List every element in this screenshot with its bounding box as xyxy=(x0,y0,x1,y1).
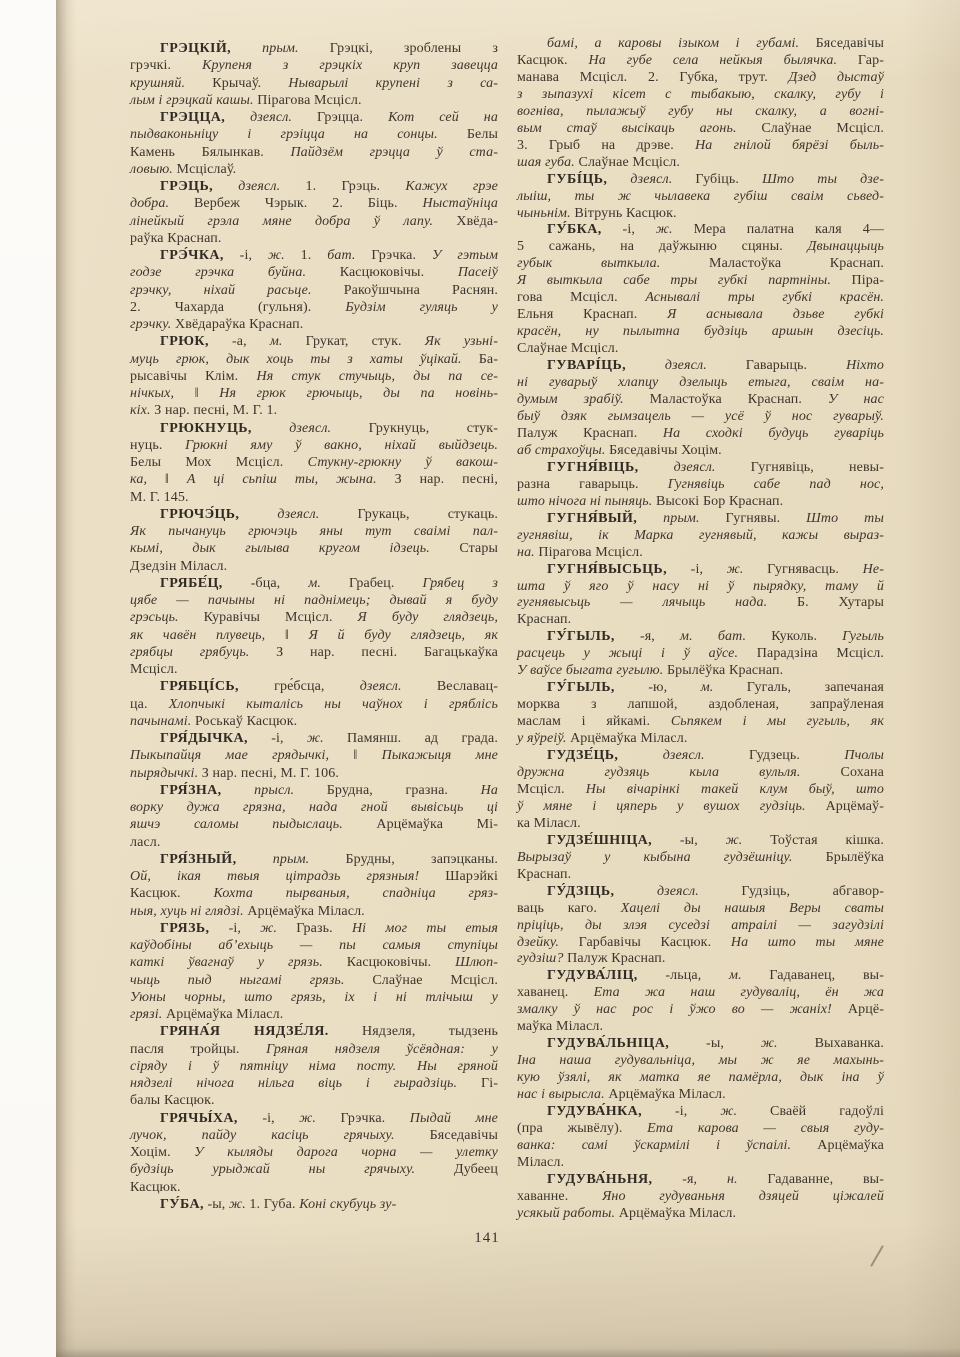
text-line: Краснап. xyxy=(517,867,884,884)
text-line: гугнявіш, ік Марка гугнявый, кажы выраз- xyxy=(517,528,884,545)
dictionary-entry: ГРЯ́ЗНА, прысл. Брудна, гразна. Наворку … xyxy=(130,782,498,851)
text-line: пыдваконьніцу і грэіцца на сонцы. Белы xyxy=(130,126,498,143)
text-line: аб страхоўцы. Бяседавічы Хоцім. xyxy=(517,443,884,460)
example-text: Пчолы xyxy=(844,748,884,763)
text-line: ГУ́БА, -ы, ж. 1. Губа. Коні скубуць зу- xyxy=(130,1196,498,1213)
text-line: ГРЭЦЬ, дзеясл. 1. Грэць. Кажух грэе xyxy=(130,178,498,195)
headword: ГУБІ́ЦЬ, xyxy=(547,172,607,187)
headword: ГУДЗЕ́ШНІЦА, xyxy=(547,833,652,848)
text-line: каткі ўвагнаў у грязь. Касцюковічы. Шлюп… xyxy=(130,954,498,971)
example-text: Стукну-грюкну ў вакош- xyxy=(308,455,498,470)
example-text: губык выткыла. xyxy=(517,256,660,271)
text-line: з зыпазухі кісет с тыбакыю, скалку, губу… xyxy=(517,87,884,104)
example-text: Што ты xyxy=(806,511,884,526)
example-text: ныя, хуць ні глядзі. xyxy=(130,904,244,919)
dictionary-entry: ГУВАРІ́ЦЬ, дзеясл. Гаварыць. Ніхтоні гув… xyxy=(517,358,884,460)
text-line: 2. Чахарда (гульня). Будзім гуляць у xyxy=(130,299,498,316)
text-line: кіх. З нар. песні, М. Г. 1. xyxy=(130,402,498,419)
headword: ГРЮК, xyxy=(160,334,209,349)
text-line: ГРЭ́ЧКА, -і, ж. 1. бат. Грэчка. У гэтым xyxy=(130,247,498,264)
text-line: хаванне. Яно гудуваньня дзяцей ціжалей xyxy=(517,1189,884,1206)
example-text: ванка: самі ўскармілі і ўспаілі. xyxy=(517,1138,791,1153)
example-text: бамі, а каровы ізыком і губамі. xyxy=(547,36,799,51)
headword: ГРЯЧЫ́ХА, xyxy=(160,1111,238,1126)
text-line: Ой, ікая твыя цітрадзь грязныя! Шарэйкі xyxy=(130,868,498,885)
headword: ГРЯ́ЗНА, xyxy=(160,783,222,798)
dictionary-entry: ГУ́ГЫЛЬ, -ю, м. Гугаль, запечанаяморква … xyxy=(517,680,884,748)
example-text: прым. xyxy=(663,511,700,526)
example-text: сіряду і ў пятніцу німа посту. Ны гряной xyxy=(130,1059,498,1074)
dictionary-entry: ГУДУВА́НКА, -і, ж. Сваёй гадоўлі(пра жыв… xyxy=(517,1104,884,1172)
example-text: Крупеня з грэцкіх круп завецца xyxy=(202,58,498,73)
text-line: ГУДУВА́НЬНЯ, -я, н. Гадаванне, вы- xyxy=(517,1172,884,1189)
text-line: ласл. xyxy=(130,834,498,851)
example-text: Ня стук стучыць, ды па се- xyxy=(256,369,498,384)
text-line: ГУДЗЕ́ШНІЦА, -ы, ж. Тоўстая кішка. xyxy=(517,833,884,850)
text-line: ца. Хлопчыкі кыталісь ны чаўнох і гряблі… xyxy=(130,696,498,713)
example-text: На xyxy=(481,783,498,798)
text-line: кымі, дык гылыва кругом ідзець. Стары xyxy=(130,540,498,557)
text-line: расцець у жыці і ў аўсе. Парадзіна Мсціс… xyxy=(517,646,884,663)
dictionary-entry: ГРЯЗЬ, -і, ж. Гразь. Ні мог ты етыякаўдо… xyxy=(130,920,498,1024)
example-text: вогніва, пылажыў губу ны скалку, а вогні… xyxy=(517,104,884,119)
example-text: Гугыль xyxy=(842,629,884,644)
text-line: нас і вырысла. Арцёмаўка Міласл. xyxy=(517,1087,884,1104)
text-line: Міласл. xyxy=(517,1155,884,1172)
example-text: ў мяне і цяперь у вушох гудзіць. xyxy=(517,799,806,814)
example-text: Шлюп- xyxy=(455,955,498,970)
example-text: чыньнім. xyxy=(517,206,571,221)
example-text: Ета карова — свыя гуду- xyxy=(647,1121,884,1136)
text-line: ГУГНЯ́ВЫСЬЦЬ, -і, ж. Гугнявасць. Не- xyxy=(517,562,884,579)
text-line: Вырызаў у кыбына гудзёшніцу. Брылёўка xyxy=(517,850,884,867)
text-line: ГРЮКНУЦЬ, дзеясл. Грукнуць, стук- xyxy=(130,420,498,437)
headword: ГУДУВА́ЛІЦ, xyxy=(547,968,638,983)
text-line: Палуж Краснап. На сходкі будуць гуваріць xyxy=(517,426,884,443)
text-line: годзе грэчка буйна. Касцюковічы. Пасеіў xyxy=(130,264,498,281)
example-text: Што ты дзе- xyxy=(762,172,884,187)
headword: ГУГНЯ́ВІЦЬ, xyxy=(547,460,639,475)
example-text: што нічога ні пыняць. xyxy=(517,494,652,509)
dictionary-entry: ГРЯ́ДЫЧКА, -і, ж. Памянш. ад града.Пыкып… xyxy=(130,730,498,782)
example-text: цябе — пачыны ні паднімець; дывай я буду xyxy=(130,593,498,608)
text-line: ГУДУВА́ЛІЦ, -льца, м. Гадаванец, вы- xyxy=(517,968,884,985)
text-line: ГРЭЦЦА, дзеясл. Грэцца. Кот сей на xyxy=(130,109,498,126)
headword: ГУ́БА, xyxy=(160,1197,204,1212)
text-line: пачынамі. Роськаў Касцюк. xyxy=(130,713,498,730)
text-line: гудзіш? Палуж Краснап. xyxy=(517,951,884,968)
example-text: грязі. xyxy=(130,1007,162,1022)
dictionary-entry: ГУГНЯ́ВЫЙ, прым. Гугнявы. Што тыгугнявіш… xyxy=(517,511,884,562)
example-text: ж. xyxy=(727,562,744,577)
text-line: Краснап. xyxy=(517,612,884,629)
example-text: ворку дужа грязна, нада гной вывісьць ці xyxy=(130,800,498,815)
text-line: 3. Грыб на дрэве. На гнілой бярёзі быль- xyxy=(517,138,884,155)
example-text: На гнілой бярёзі быль- xyxy=(695,138,884,153)
example-text: дружна гудзяць кыла вульля. xyxy=(517,765,801,780)
example-text: шая губа. xyxy=(517,155,575,170)
text-line: у яўреіў. Арцёмаўка Міласл. xyxy=(517,731,884,748)
text-line: чыньнім. Вітрунь Касцюк. xyxy=(517,206,884,223)
text-line: раўка Краснап. xyxy=(130,230,498,247)
example-text: гугнявіш, ік Марка гугнявый, кажы выраз- xyxy=(517,528,884,543)
example-text: добра. xyxy=(130,196,169,211)
bottom-edge-shadow xyxy=(56,1348,960,1357)
headword: ГРЮКНУЦЬ, xyxy=(160,421,252,436)
dictionary-entry: ГРЮЧЭ́ЦЬ, дзеясл. Грукаць, стукаць.Як пы… xyxy=(130,506,498,575)
dictionary-entry: ГРЭЦЦА, дзеясл. Грэцца. Кот сей напыдвак… xyxy=(130,109,498,178)
example-text: на. xyxy=(517,545,535,560)
text-line: змалку ў нас рос і ўжо во — жаніх! Арцё- xyxy=(517,1002,884,1019)
dictionary-entry: ГУГНЯ́ВЫСЬЦЬ, -і, ж. Гугнявасць. Не-шта … xyxy=(517,562,884,630)
text-line: ГУ́ГЫЛЬ, -ю, м. Гугаль, запечаная xyxy=(517,680,884,697)
example-text: Ныстаўніца xyxy=(422,196,498,211)
text-line: лучок, пайду касіць грячыху. Бяседавічы xyxy=(130,1127,498,1144)
example-text: Ніхто xyxy=(846,358,884,373)
headword: ГУДУВА́НКА, xyxy=(547,1104,642,1119)
text-line: добра. Вербеж Чэрык. 2. Біць. Ныстаўніца xyxy=(130,195,498,212)
dictionary-entry: ГУ́ДЗІЦЬ, дзеясл. Гудзіць, абгавор-ваць … xyxy=(517,884,884,969)
text-line: маўка Міласл. xyxy=(517,1019,884,1036)
text-line: ГУДЗЕ́ЦЬ, дзеясл. Гудзець. Пчолы xyxy=(517,748,884,765)
dictionary-entry: ГРЭЦКІЙ, прым. Грэцкі, зроблены згрэчкі.… xyxy=(130,40,498,109)
example-text: ж. xyxy=(260,921,277,936)
example-text: Пайдзём грэцца ў ста- xyxy=(290,145,498,160)
example-text: Пасеіў xyxy=(458,265,498,280)
text-line: Я выткыла сабе тры губкі партніны. Піра- xyxy=(517,273,884,290)
text-line: як чавён плувець, ‖ Я й буду глядзець, я… xyxy=(130,627,498,644)
dictionary-entry: ГУ́БКА, -і, ж. Мера палатна каля 4—5 саж… xyxy=(517,222,884,358)
example-text: Хлопчыкі кыталісь ны чаўнох і гряблісь xyxy=(169,697,498,712)
example-text: Грюкні яму ў вакно, ніхай выйдзець. xyxy=(185,438,498,453)
text-line: вым стаў высікаць агонь. Слаўнае Мсцісл. xyxy=(517,121,884,138)
example-text: шта ў яго ў насу ні ў пырядку, таму й xyxy=(517,579,884,594)
text-line: лінейкый грэла мяне добра ў лапу. Хвёда- xyxy=(130,213,498,230)
text-line: яшчэ саломы пыдыслаць. Арцёмаўка Мі- xyxy=(130,816,498,833)
text-line: ка, ‖ А ці сьпіш ты, жына. З нар. песні, xyxy=(130,471,498,488)
example-text: ж. xyxy=(229,1197,246,1212)
text-line: ГРЯБЦІ́СЬ, гре́бсца, дзеясл. Веславац- xyxy=(130,678,498,695)
example-text: Ні мог ты етыя xyxy=(352,921,498,936)
text-line: грэчку. Хвёдараўка Краснап. xyxy=(130,316,498,333)
text-line: Хоцім. У кыляды дарога чорна — улетку xyxy=(130,1144,498,1161)
example-text: бат. xyxy=(327,248,355,263)
example-text: каткі ўвагнаў у грязь. xyxy=(130,955,323,970)
text-line: цябе — пачыны ні паднімець; дывай я буду xyxy=(130,592,498,609)
text-line: красён, ну пылытна будзіць аршын дзесіць… xyxy=(517,324,884,341)
text-line: разна гаварыць. Гугнявіць сабе пад нос, xyxy=(517,477,884,494)
text-line: усякый работы. Арцёмаўка Міласл. xyxy=(517,1206,884,1223)
dictionary-entry: ГРЮКНУЦЬ, дзеясл. Грукнуць, стук-нуць. Г… xyxy=(130,420,498,506)
example-text: Сьпякем і мы гугыль, як xyxy=(671,714,884,729)
example-text: гудзіш? xyxy=(517,951,563,966)
text-line: маслам і яйкамі. Сьпякем і мы гугыль, як xyxy=(517,714,884,731)
headword: ГУ́ГЫЛЬ, xyxy=(547,680,615,695)
text-line: ваць каго. Хацелі ды нашыя Веры сваты xyxy=(517,901,884,918)
example-text: нядзелі нічога нільга віць і гырадзіць. xyxy=(130,1076,457,1091)
example-text: думым зрабіў. xyxy=(517,392,624,407)
example-text: ні гуварыў хлапцу дзелыць етыга, сваім н… xyxy=(517,375,884,390)
example-text: кую ўзялі, як матка яе памёрла, дык іна … xyxy=(517,1070,884,1085)
example-text: Дзед дыстаў xyxy=(789,70,884,85)
example-text: Іна наша гудувальніца, мы ж яе махынь- xyxy=(517,1053,884,1068)
text-line: нуць. Грюкні яму ў вакно, ніхай выйдзець… xyxy=(130,437,498,454)
example-text: м. бат. xyxy=(680,629,746,644)
example-text: прым. xyxy=(262,41,299,56)
headword: ГУ́БКА, xyxy=(547,222,602,237)
text-line: што нічога ні пыняць. Высокі Бор Краснап… xyxy=(517,494,884,511)
example-text: На сходкі будуць гуваріць xyxy=(663,426,884,441)
text-line: дзейку. Гарбавічы Касцюк. На што ты мяне xyxy=(517,935,884,952)
page-number: 141 xyxy=(457,1230,517,1247)
example-text: дзеясл. xyxy=(360,679,402,694)
dictionary-entry: ГУ́БА, -ы, ж. 1. Губа. Коні скубуць зу- xyxy=(130,1196,498,1213)
text-line: губык выткыла. Маластоўка Краснап. xyxy=(517,256,884,273)
headword: ГРЮЧЭ́ЦЬ, xyxy=(160,507,239,522)
example-text: годзе грэчка буйна. xyxy=(130,265,306,280)
text-line: пасля тройцы. Гряная нядзеля ўсёядная: у xyxy=(130,1041,498,1058)
example-text: яшчэ саломы пыдыслаць. xyxy=(130,817,343,832)
text-line: грязі. Арцёмаўка Міласл. xyxy=(130,1006,498,1023)
dictionary-entry: ГУДУВА́ЛЬНІЦА, -ы, ж. Выхаванка.Іна наша… xyxy=(517,1036,884,1104)
text-line: каўдобіны аб’ехыць — пы самыя ступіцы xyxy=(130,937,498,954)
text-line: сіряду і ў пятніцу німа посту. Ны гряной xyxy=(130,1058,498,1075)
example-text: Будзім гуляць у xyxy=(345,300,498,315)
dictionary-entry: ГУ́ГЫЛЬ, -я, м. бат. Куколь. Гугыльрасце… xyxy=(517,629,884,680)
dictionary-entry: бамі, а каровы ізыком і губамі. Бяседаві… xyxy=(517,36,884,172)
example-text: дзеясл. xyxy=(665,358,707,373)
text-line: Касцюк. xyxy=(130,1179,498,1196)
text-line: хаванец. Ета жа наш гудуваліц, ён жа xyxy=(517,985,884,1002)
text-line: балы Касцюк. xyxy=(130,1092,498,1109)
dictionary-entry: ГУДЗЕ́ЦЬ, дзеясл. Гудзець. Пчолыдружна г… xyxy=(517,748,884,833)
example-text: Коні скубуць зу- xyxy=(299,1197,396,1212)
headword: ГРЯ́ДЫЧКА, xyxy=(160,731,248,746)
example-text: прым. xyxy=(273,852,310,867)
example-text: як чавён плувець, ‖ Я й буду глядзець, я… xyxy=(130,628,498,643)
text-line: быў дзяк гымзацель — усё ў нос гуварыў. xyxy=(517,409,884,426)
headword: ГРЯБЕ́Ц, xyxy=(160,576,223,591)
example-text: дзеясл. xyxy=(674,460,716,475)
text-line: Касцюк. На губе села нейкыя былячка. Гар… xyxy=(517,53,884,70)
headword: ГУГНЯ́ВЫЙ, xyxy=(547,511,637,526)
headword: ГРЯЗЬ, xyxy=(160,921,209,936)
text-line: ГРЯ́ЗНА, прысл. Брудна, гразна. На xyxy=(130,782,498,799)
example-text: дзеясл. xyxy=(663,748,705,763)
text-line: грэчку, ніхай расьце. Ракоўшчына Раснян. xyxy=(130,282,498,299)
example-text: Двынаццыць xyxy=(808,239,884,254)
text-line: ГУ́БКА, -і, ж. Мера палатна каля 4— xyxy=(517,222,884,239)
text-line: пырядычкі. З нар. песні, М. Г. 106. xyxy=(130,765,498,782)
text-line: ГРЯНА́Я НЯДЗЕ́ЛЯ. Нядзеля, тыдзень xyxy=(130,1023,498,1040)
headword: ГУГНЯ́ВЫСЬЦЬ, xyxy=(547,562,667,577)
text-line: рысавічы Клім. Ня стук стучыць, ды па се… xyxy=(130,368,498,385)
text-line: ў мяне і цяперь у вушох гудзіць. Арцёмаў… xyxy=(517,799,884,816)
dictionary-entry: ГУДЗЕ́ШНІЦА, -ы, ж. Тоўстая кішка.Вырыза… xyxy=(517,833,884,884)
example-text: змалку ў нас рос і ўжо во — жаніх! xyxy=(517,1002,832,1017)
text-line: 5 сажань, на даўжыню сцяны. Двынаццыць xyxy=(517,239,884,256)
example-text: дзеясл. xyxy=(289,421,331,436)
example-text: дзеясл. xyxy=(277,507,319,522)
text-line: грябцы грябуць. З нар. песні. Багацькаўк… xyxy=(130,644,498,661)
example-text: дзеясл. xyxy=(238,179,280,194)
example-text: пачынамі. xyxy=(130,714,191,729)
example-text: На губе села нейкыя былячка. xyxy=(589,53,838,68)
example-text: Аснывалі тры губкі красён. xyxy=(645,290,884,305)
headword: ГУВАРІ́ЦЬ, xyxy=(547,358,626,373)
dictionary-entry: ГУГНЯ́ВІЦЬ, дзеясл. Гугнявіць, невы-разн… xyxy=(517,460,884,511)
example-text: Гряная нядзеля ўсёядная: у xyxy=(266,1042,498,1057)
text-line: на. Пірагова Мсцісл. xyxy=(517,545,884,562)
example-text: ловыю. xyxy=(130,162,173,177)
text-line: ка Міласл. xyxy=(517,816,884,833)
example-text: прысл. xyxy=(254,783,294,798)
dictionary-column-left: ГРЭЦКІЙ, прым. Грэцкі, зроблены згрэчкі.… xyxy=(130,40,498,1213)
example-text: ж. xyxy=(761,1036,778,1051)
example-text: Вырызаў у кыбына гудзёшніцу. xyxy=(517,850,793,865)
text-line: Іна наша гудувальніца, мы ж яе махынь- xyxy=(517,1053,884,1070)
headword: ГУ́ГЫЛЬ, xyxy=(547,629,615,644)
example-text: быў дзяк гымзацель — усё ў нос гуварыў. xyxy=(517,409,884,424)
example-text: У нас xyxy=(828,392,884,407)
text-line: дружна гудзяць кыла вульля. Сохана xyxy=(517,765,884,782)
example-text: Кажух грэе xyxy=(405,179,498,194)
example-text: грябцы грябуць. xyxy=(130,645,249,660)
example-text: Кохта пырваныя, спадніца гряз- xyxy=(213,886,498,901)
example-text: крушняй. xyxy=(130,76,185,91)
text-line: ванка: самі ўскармілі і ўспаілі. Арцёмаў… xyxy=(517,1138,884,1155)
example-text: Я буду глядзець, xyxy=(358,610,498,625)
text-line: Слаўнае Мсцісл. xyxy=(517,341,884,358)
dictionary-entry: ГРЯБЦІ́СЬ, гре́бсца, дзеясл. Веславац-ца… xyxy=(130,678,498,730)
headword: ГРЯ́ЗНЫЙ, xyxy=(160,852,237,867)
example-text: пыдваконьніцу і грэіцца на сонцы. xyxy=(130,127,438,142)
example-text: У гэтым xyxy=(432,248,498,263)
example-text: у яўреіў. xyxy=(517,731,566,746)
example-text: У ваўсе быгата гугылю. xyxy=(517,663,663,678)
book-gutter-margin xyxy=(0,0,56,1357)
example-text: лінейкый грэла мяне добра ў лапу. xyxy=(130,214,433,229)
text-line: гова Мсцісл. Аснывалі тры губкі красён. xyxy=(517,290,884,307)
example-text: Яно гудуваньня дзяцей ціжалей xyxy=(602,1189,884,1204)
example-text: Уюны чорны, што грязь, іх і ні тлічыш у xyxy=(130,990,498,1005)
text-line: ГРЮК, -а, м. Грукат, стук. Як узьні- xyxy=(130,333,498,350)
headword: ГРЭЦЦА, xyxy=(160,110,225,125)
text-line: будзіць урыджай ны грячыху. Дубеец xyxy=(130,1161,498,1178)
example-text: Я аснывала дзьве губкі xyxy=(667,307,884,322)
dictionary-entry: ГРЯНА́Я НЯДЗЕ́ЛЯ. Нядзеля, тыдзеньпасля … xyxy=(130,1023,498,1109)
headword: ГРЭЦКІЙ, xyxy=(160,41,231,56)
example-text: ж. xyxy=(726,833,743,848)
example-text: грэчку, ніхай расьце. xyxy=(130,283,312,298)
text-line: (пра жывёлу). Ета карова — свыя гуду- xyxy=(517,1121,884,1138)
text-line: ГРЯ́ЗНЫЙ, прым. Брудны, запэцканы. xyxy=(130,851,498,868)
text-line: ні гуварыў хлапцу дзелыць етыга, сваім н… xyxy=(517,375,884,392)
example-text: нічкых, ‖ Ня грюк грючыць, ды па новінь- xyxy=(130,386,498,401)
example-text: пырядычкі. xyxy=(130,766,198,781)
headword: ГРЭ́ЧКА, xyxy=(160,248,224,263)
text-line: муць грюк, дык хоць ты з хаты ўцікай. Ба… xyxy=(130,351,498,368)
text-line: ГУВАРІ́ЦЬ, дзеясл. Гаварыць. Ніхто xyxy=(517,358,884,375)
headword: ГРЭЦЬ, xyxy=(160,179,213,194)
text-line: нядзелі нічога нільга віць і гырадзіць. … xyxy=(130,1075,498,1092)
text-line: ГУДУВА́НКА, -і, ж. Сваёй гадоўлі xyxy=(517,1104,884,1121)
text-line: морква з лапшой, аздобленая, запраўленая xyxy=(517,697,884,714)
example-text: усякый работы. xyxy=(517,1206,615,1221)
example-text: вым стаў высікаць агонь. xyxy=(517,121,737,136)
text-line: Камень Бялынкав. Пайдзём грэцца ў ста- xyxy=(130,144,498,161)
example-text: Ны вічарінкі такей клум быў, што xyxy=(586,782,884,797)
example-text: чыць пыд ныгамі грязь. xyxy=(130,973,345,988)
text-line: чыць пыд ныгамі грязь. Слаўнае Мсцісл. xyxy=(130,972,498,989)
dictionary-column-right: бамі, а каровы ізыком і губамі. Бяседаві… xyxy=(517,36,884,1223)
text-line: шая губа. Слаўнае Мсцісл. xyxy=(517,155,884,172)
dictionary-entry: ГРЯЧЫ́ХА, -і, ж. Грэчка. Пыдай мнелучок,… xyxy=(130,1110,498,1196)
dictionary-entry: ГРЭЦЬ, дзеясл. 1. Грэць. Кажух грэедобра… xyxy=(130,178,498,247)
text-line: ГУГНЯ́ВІЦЬ, дзеясл. Гугнявіць, невы- xyxy=(517,460,884,477)
example-text: ка, ‖ А ці сьпіш ты, жына. xyxy=(130,472,377,487)
text-line: ГУ́ДЗІЦЬ, дзеясл. Гудзіць, абгавор- xyxy=(517,884,884,901)
example-text: Пыкыпайця мае грядычкі, ‖ Пыкажыця мне xyxy=(130,748,498,763)
headword: ГУДУВА́НЬНЯ, xyxy=(547,1172,652,1187)
example-text: м. xyxy=(270,334,283,349)
text-line: ГРЮЧЭ́ЦЬ, дзеясл. Грукаць, стукаць. xyxy=(130,506,498,523)
text-line: ГРЯЧЫ́ХА, -і, ж. Грэчка. Пыдай мне xyxy=(130,1110,498,1127)
text-line: вогніва, пылажыў губу ны скалку, а вогні… xyxy=(517,104,884,121)
text-line: лым і грэцкай кашы. Пірагова Мсцісл. xyxy=(130,92,498,109)
example-text: муць грюк, дык хоць ты з хаты ўцікай. xyxy=(130,352,462,367)
text-line: М. Г. 145. xyxy=(130,489,498,506)
example-text: н. xyxy=(727,1172,738,1187)
example-text: дзейку. xyxy=(517,935,559,950)
example-text: лучок, пайду касіць грячыху. xyxy=(130,1128,395,1143)
example-text: грэсьць. xyxy=(130,610,179,625)
text-line: гугнявысьць — лячыць нада. Б. Хутары xyxy=(517,595,884,612)
text-line: думым зрабіў. Маластоўка Краснап. У нас xyxy=(517,392,884,409)
text-line: бамі, а каровы ізыком і губамі. Бяседаві… xyxy=(517,36,884,53)
headword: ГУ́ДЗІЦЬ, xyxy=(547,884,614,899)
text-line: ГУДУВА́ЛЬНІЦА, -ы, ж. Выхаванка. xyxy=(517,1036,884,1053)
text-line: грэсьць. Куравічы Мсцісл. Я буду глядзец… xyxy=(130,609,498,626)
text-line: ГУБІ́ЦЬ, дзеясл. Губіць. Што ты дзе- xyxy=(517,172,884,189)
example-text: Пыдай мне xyxy=(410,1111,498,1126)
example-text: Гугнявіць сабе пад нос, xyxy=(668,477,884,492)
example-text: Ета жа наш гудуваліц, ён жа xyxy=(594,985,884,1000)
example-text: каўдобіны аб’ехыць — пы самыя ступіцы xyxy=(130,938,498,953)
example-text: дзеясл. xyxy=(630,172,672,187)
text-line: Белы Мох Мсцісл. Стукну-грюкну ў вакош- xyxy=(130,454,498,471)
dictionary-entry: ГУДУВА́ЛІЦ, -льца, м. Гадаванец, вы-хава… xyxy=(517,968,884,1036)
text-line: ГРЯЗЬ, -і, ж. Гразь. Ні мог ты етыя xyxy=(130,920,498,937)
text-line: грэчкі. Крупеня з грэцкіх круп завецца xyxy=(130,57,498,74)
example-text: ж. xyxy=(307,731,324,746)
example-text: расцець у жыці і ў аўсе. xyxy=(517,646,738,661)
example-text: дзеясл. xyxy=(657,884,699,899)
text-line: Мсцісл. Ны вічарінкі такей клум быў, што xyxy=(517,782,884,799)
example-text: Я выткыла сабе тры губкі партніны. xyxy=(517,273,831,288)
example-text: Як пычануць грючэць яны тут сваімі пал- xyxy=(130,524,498,539)
text-line: ГРЭЦКІЙ, прым. Грэцкі, зроблены з xyxy=(130,40,498,57)
example-text: кымі, дык гылыва кругом ідзець. xyxy=(130,541,430,556)
example-text: м. xyxy=(701,680,714,695)
example-text: Хацелі ды нашыя Веры сваты xyxy=(621,901,884,916)
example-text: красён, ну пылытна будзіць аршын дзесіць… xyxy=(517,324,884,339)
text-line: нічкых, ‖ Ня грюк грючыць, ды па новінь- xyxy=(130,385,498,402)
dictionary-entry: ГРЯ́ЗНЫЙ, прым. Брудны, запэцканы.Ой, ік… xyxy=(130,851,498,920)
text-line: ГУ́ГЫЛЬ, -я, м. бат. Куколь. Гугыль xyxy=(517,629,884,646)
text-line: манава Мсцісл. 2. Губка, трут. Дзед дыст… xyxy=(517,70,884,87)
example-text: лым і грэцкай кашы. xyxy=(130,93,254,108)
